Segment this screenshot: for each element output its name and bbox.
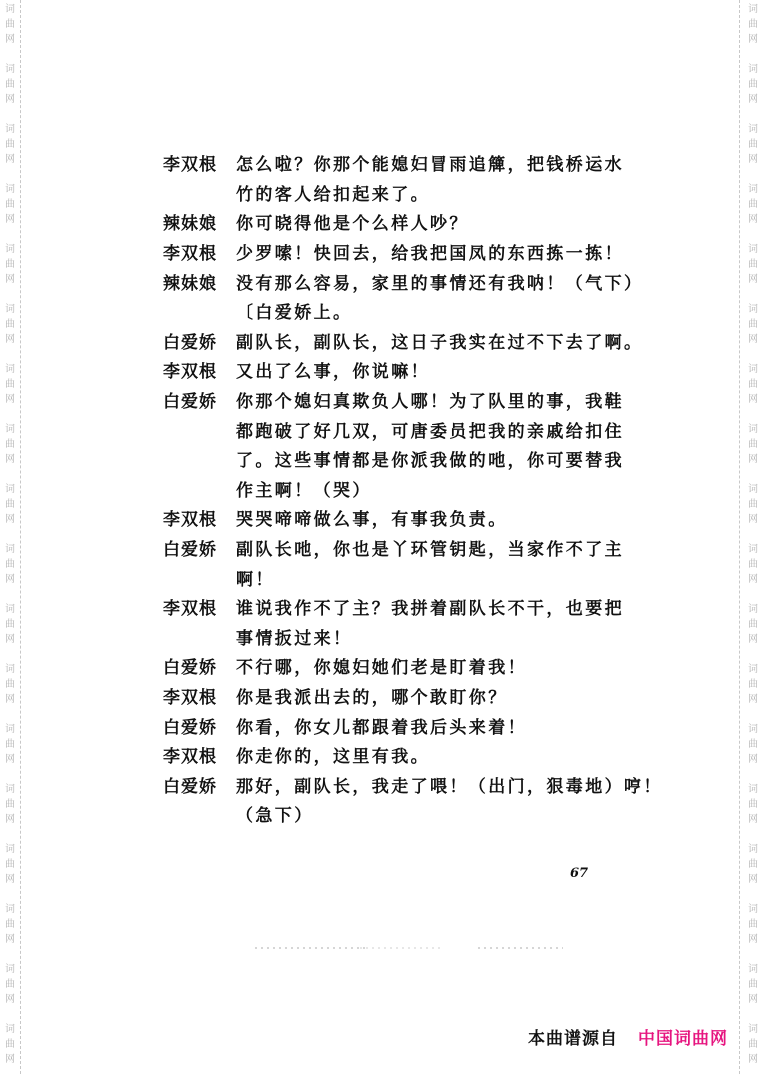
watermark-char: 网 <box>5 272 15 287</box>
watermark-char: 词 <box>5 422 15 437</box>
watermark-char: 网 <box>5 392 15 407</box>
watermark-char: 网 <box>748 332 758 347</box>
watermark-char: 曲 <box>748 737 758 752</box>
dialogue-line: 白爱娇你那个媳妇真欺负人哪！为了队里的事，我鞋 <box>163 385 613 415</box>
watermark-group: 词曲网 <box>0 482 20 527</box>
watermark-char: 曲 <box>5 17 15 32</box>
dialogue-line: 啊！ <box>163 562 613 592</box>
dialogue-text: 作主啊！（哭） <box>236 476 613 501</box>
watermark-char: 词 <box>5 2 15 17</box>
speaker-name: 李双根 <box>163 505 236 530</box>
watermark-char: 网 <box>5 932 15 947</box>
dialogue-line: 作主啊！（哭） <box>163 474 613 504</box>
watermark-char: 词 <box>5 1022 15 1037</box>
watermark-char: 曲 <box>5 797 15 812</box>
watermark-char: 词 <box>5 902 15 917</box>
dialogue-line: 白爱娇那好，副队长，我走了喂！（出门，狠毒地）哼！ <box>163 769 613 799</box>
watermark-column-left: 词曲网词曲网词曲网词曲网词曲网词曲网词曲网词曲网词曲网词曲网词曲网词曲网词曲网词… <box>0 0 21 1074</box>
dialogue-line: 李双根你是我派出去的，哪个敢盯你？ <box>163 681 613 711</box>
watermark-char: 词 <box>5 722 15 737</box>
watermark-group: 词曲网 <box>743 422 760 467</box>
watermark-char: 词 <box>5 962 15 977</box>
watermark-char: 网 <box>5 572 15 587</box>
watermark-char: 词 <box>5 242 15 257</box>
watermark-char: 词 <box>748 422 758 437</box>
scan-artifact <box>360 947 440 949</box>
watermark-char: 网 <box>5 872 15 887</box>
watermark-char: 网 <box>748 32 758 47</box>
watermark-char: 曲 <box>748 377 758 392</box>
watermark-char: 词 <box>748 482 758 497</box>
watermark-char: 网 <box>5 452 15 467</box>
dialogue-text: 你是我派出去的，哪个敢盯你？ <box>236 683 613 708</box>
dialogue-line: 李双根少罗嗦！快回去，给我把国凤的东西拣一拣！ <box>163 237 613 267</box>
watermark-char: 词 <box>748 722 758 737</box>
dialogue-line: 白爱娇你看，你女儿都跟着我后头来着！ <box>163 710 613 740</box>
watermark-char: 曲 <box>748 677 758 692</box>
watermark-char: 曲 <box>748 617 758 632</box>
watermark-char: 曲 <box>748 317 758 332</box>
watermark-char: 词 <box>748 662 758 677</box>
dialogue-text: 副队长，副队长，这日子我实在过不下去了啊。 <box>236 328 643 353</box>
watermark-char: 词 <box>748 602 758 617</box>
dialogue-text: 那好，副队长，我走了喂！（出门，狠毒地）哼！ <box>236 772 663 797</box>
watermark-group: 词曲网 <box>743 362 760 407</box>
watermark-char: 曲 <box>5 197 15 212</box>
watermark-column-right: 词曲网词曲网词曲网词曲网词曲网词曲网词曲网词曲网词曲网词曲网词曲网词曲网词曲网词… <box>739 0 760 1074</box>
scan-artifact <box>478 947 563 949</box>
dialogue-line: 辣妹娘没有那么容易，家里的事情还有我呐！（气下） <box>163 266 613 296</box>
dialogue-line: 白爱娇副队长，副队长，这日子我实在过不下去了啊。 <box>163 326 613 356</box>
watermark-char: 网 <box>5 632 15 647</box>
dialogue-line: 李双根你走你的，这里有我。 <box>163 740 613 770</box>
watermark-char: 词 <box>748 242 758 257</box>
watermark-group: 词曲网 <box>743 962 760 1007</box>
watermark-char: 网 <box>748 392 758 407</box>
dialogue-line: 〔白爱娇上。 <box>163 296 613 326</box>
dialogue-line: 了。这些事情都是你派我做的吔，你可要替我 <box>163 444 613 474</box>
watermark-char: 网 <box>5 1052 15 1067</box>
watermark-char: 词 <box>748 362 758 377</box>
watermark-char: 网 <box>748 992 758 1007</box>
watermark-group: 词曲网 <box>0 782 20 827</box>
watermark-group: 词曲网 <box>743 542 760 587</box>
watermark-char: 曲 <box>748 257 758 272</box>
watermark-group: 词曲网 <box>743 662 760 707</box>
watermark-char: 网 <box>5 992 15 1007</box>
speaker-name: 李双根 <box>163 357 236 382</box>
watermark-group: 词曲网 <box>0 62 20 107</box>
watermark-char: 曲 <box>748 797 758 812</box>
dialogue-text: 都跑破了好几双，可唐委员把我的亲戚给扣住 <box>236 417 624 442</box>
dialogue-text: 不行哪，你媳妇她们老是盯着我！ <box>236 653 613 678</box>
dialogue-text: 怎么啦？你那个能媳妇冒雨追簰，把钱桥运水 <box>236 150 624 175</box>
dialogue-line: 竹的客人给扣起来了。 <box>163 178 613 208</box>
speaker-name: 白爱娇 <box>163 772 236 797</box>
watermark-char: 网 <box>748 512 758 527</box>
watermark-group: 词曲网 <box>0 242 20 287</box>
watermark-group: 词曲网 <box>0 842 20 887</box>
dialogue-line: 李双根哭哭啼啼做么事，有事我负责。 <box>163 503 613 533</box>
watermark-group: 词曲网 <box>743 242 760 287</box>
speaker-name: 白爱娇 <box>163 387 236 412</box>
watermark-group: 词曲网 <box>743 302 760 347</box>
watermark-char: 词 <box>5 662 15 677</box>
watermark-char: 网 <box>748 1052 758 1067</box>
watermark-char: 曲 <box>5 857 15 872</box>
dialogue-text: 哭哭啼啼做么事，有事我负责。 <box>236 505 613 530</box>
dialogue-line: 李双根又出了么事，你说嘛！ <box>163 355 613 385</box>
dialogue-text: 没有那么容易，家里的事情还有我呐！（气下） <box>236 269 643 294</box>
watermark-char: 曲 <box>5 377 15 392</box>
speaker-name: 李双根 <box>163 239 236 264</box>
watermark-char: 网 <box>5 212 15 227</box>
watermark-group: 词曲网 <box>0 902 20 947</box>
speaker-name: 白爱娇 <box>163 328 236 353</box>
watermark-group: 词曲网 <box>743 842 760 887</box>
watermark-char: 曲 <box>5 677 15 692</box>
watermark-char: 曲 <box>748 77 758 92</box>
dialogue-line: 李双根谁说我作不了主？我拼着副队长不干，也要把 <box>163 592 613 622</box>
watermark-char: 词 <box>5 542 15 557</box>
dialogue-text: 你可晓得他是个么样人吵？ <box>236 209 613 234</box>
dialogue-text: 你走你的，这里有我。 <box>236 742 613 767</box>
watermark-char: 网 <box>748 152 758 167</box>
watermark-char: 曲 <box>748 977 758 992</box>
speaker-name: 李双根 <box>163 150 236 175</box>
watermark-group: 词曲网 <box>0 302 20 347</box>
watermark-char: 词 <box>5 182 15 197</box>
watermark-char: 曲 <box>748 17 758 32</box>
watermark-char: 词 <box>748 962 758 977</box>
watermark-char: 曲 <box>748 1037 758 1052</box>
watermark-group: 词曲网 <box>0 422 20 467</box>
watermark-group: 词曲网 <box>0 662 20 707</box>
dialogue-line: 事情扳过来！ <box>163 622 613 652</box>
dialogue-line: 李双根怎么啦？你那个能媳妇冒雨追簰，把钱桥运水 <box>163 148 613 178</box>
watermark-group: 词曲网 <box>743 182 760 227</box>
dialogue-text: 事情扳过来！ <box>236 624 613 649</box>
watermark-char: 曲 <box>748 437 758 452</box>
watermark-char: 网 <box>748 272 758 287</box>
watermark-group: 词曲网 <box>743 2 760 47</box>
dialogue-text: 少罗嗦！快回去，给我把国凤的东西拣一拣！ <box>236 239 624 264</box>
site-name-link[interactable]: 中国词曲网 <box>638 1029 728 1049</box>
watermark-group: 词曲网 <box>0 542 20 587</box>
watermark-char: 曲 <box>748 137 758 152</box>
watermark-char: 词 <box>748 842 758 857</box>
watermark-char: 词 <box>5 782 15 797</box>
speaker-name: 白爱娇 <box>163 535 236 560</box>
dialogue-line: 辣妹娘你可晓得他是个么样人吵？ <box>163 207 613 237</box>
watermark-char: 网 <box>748 872 758 887</box>
watermark-char: 词 <box>5 122 15 137</box>
watermark-char: 网 <box>5 752 15 767</box>
watermark-char: 网 <box>5 512 15 527</box>
watermark-group: 词曲网 <box>743 62 760 107</box>
watermark-group: 词曲网 <box>0 602 20 647</box>
watermark-char: 词 <box>748 62 758 77</box>
watermark-char: 网 <box>748 572 758 587</box>
dialogue-line: 都跑破了好几双，可唐委员把我的亲戚给扣住 <box>163 414 613 444</box>
watermark-char: 词 <box>5 842 15 857</box>
dialogue-text: 啊！ <box>236 565 613 590</box>
watermark-char: 曲 <box>5 77 15 92</box>
watermark-char: 网 <box>748 932 758 947</box>
watermark-char: 网 <box>5 812 15 827</box>
watermark-char: 曲 <box>748 497 758 512</box>
source-footer: 本曲谱源自中国词曲网 <box>528 1024 728 1049</box>
watermark-group: 词曲网 <box>743 902 760 947</box>
watermark-char: 词 <box>748 542 758 557</box>
watermark-group: 词曲网 <box>743 482 760 527</box>
dialogue-text: 你看，你女儿都跟着我后头来着！ <box>236 713 613 738</box>
watermark-char: 网 <box>5 332 15 347</box>
speaker-name: 李双根 <box>163 594 236 619</box>
watermark-group: 词曲网 <box>743 122 760 167</box>
watermark-char: 曲 <box>748 917 758 932</box>
watermark-char: 曲 <box>5 557 15 572</box>
watermark-group: 词曲网 <box>743 722 760 767</box>
watermark-char: 网 <box>748 812 758 827</box>
watermark-char: 曲 <box>5 917 15 932</box>
dialogue-text: 副队长吔，你也是丫环管钥匙，当家作不了主 <box>236 535 624 560</box>
watermark-group: 词曲网 <box>0 362 20 407</box>
speaker-name: 李双根 <box>163 742 236 767</box>
dialogue-text: 又出了么事，你说嘛！ <box>236 357 613 382</box>
scan-artifact <box>255 947 365 949</box>
watermark-char: 曲 <box>5 617 15 632</box>
watermark-char: 网 <box>5 92 15 107</box>
watermark-char: 词 <box>748 302 758 317</box>
watermark-char: 曲 <box>748 857 758 872</box>
watermark-group: 词曲网 <box>743 1022 760 1067</box>
watermark-char: 曲 <box>748 197 758 212</box>
watermark-char: 网 <box>5 692 15 707</box>
dialogue-text: 你那个媳妇真欺负人哪！为了队里的事，我鞋 <box>236 387 624 412</box>
watermark-char: 曲 <box>5 1037 15 1052</box>
dialogue-text: 了。这些事情都是你派我做的吔，你可要替我 <box>236 446 624 471</box>
watermark-char: 网 <box>748 632 758 647</box>
watermark-char: 网 <box>748 692 758 707</box>
watermark-char: 曲 <box>748 557 758 572</box>
dialogue-line: 白爱娇副队长吔，你也是丫环管钥匙，当家作不了主 <box>163 533 613 563</box>
watermark-char: 网 <box>748 752 758 767</box>
watermark-char: 曲 <box>5 977 15 992</box>
watermark-char: 网 <box>748 212 758 227</box>
script-body: 李双根怎么啦？你那个能媳妇冒雨追簰，把钱桥运水竹的客人给扣起来了。辣妹娘你可晓得… <box>163 148 613 829</box>
watermark-char: 词 <box>748 182 758 197</box>
watermark-group: 词曲网 <box>0 722 20 767</box>
watermark-group: 词曲网 <box>0 2 20 47</box>
dialogue-text: 竹的客人给扣起来了。 <box>236 180 613 205</box>
watermark-char: 网 <box>748 452 758 467</box>
watermark-group: 词曲网 <box>0 1022 20 1067</box>
watermark-char: 曲 <box>5 317 15 332</box>
watermark-group: 词曲网 <box>743 602 760 647</box>
source-label: 本曲谱源自 <box>528 1029 618 1049</box>
dialogue-line: 白爱娇不行哪，你媳妇她们老是盯着我！ <box>163 651 613 681</box>
watermark-char: 曲 <box>5 137 15 152</box>
speaker-name: 辣妹娘 <box>163 269 236 294</box>
watermark-group: 词曲网 <box>0 962 20 1007</box>
watermark-char: 曲 <box>5 737 15 752</box>
watermark-char: 词 <box>748 1022 758 1037</box>
watermark-char: 词 <box>5 302 15 317</box>
watermark-char: 词 <box>748 2 758 17</box>
watermark-char: 词 <box>748 782 758 797</box>
speaker-name: 辣妹娘 <box>163 209 236 234</box>
watermark-char: 词 <box>748 122 758 137</box>
watermark-char: 曲 <box>5 497 15 512</box>
watermark-char: 词 <box>5 362 15 377</box>
dialogue-text: 谁说我作不了主？我拼着副队长不干，也要把 <box>236 594 624 619</box>
watermark-group: 词曲网 <box>743 782 760 827</box>
watermark-group: 词曲网 <box>0 122 20 167</box>
speaker-name: 白爱娇 <box>163 653 236 678</box>
watermark-group: 词曲网 <box>0 182 20 227</box>
speaker-name: 白爱娇 <box>163 713 236 738</box>
watermark-char: 词 <box>5 602 15 617</box>
watermark-char: 词 <box>5 62 15 77</box>
watermark-char: 网 <box>5 32 15 47</box>
page-number: 67 <box>570 866 588 881</box>
watermark-char: 网 <box>5 152 15 167</box>
watermark-char: 曲 <box>5 257 15 272</box>
watermark-char: 曲 <box>5 437 15 452</box>
watermark-char: 词 <box>5 482 15 497</box>
watermark-char: 网 <box>748 92 758 107</box>
dialogue-text: （急下） <box>236 801 613 826</box>
dialogue-text: 〔白爱娇上。 <box>236 298 613 323</box>
dialogue-line: （急下） <box>163 799 613 829</box>
speaker-name: 李双根 <box>163 683 236 708</box>
watermark-char: 词 <box>748 902 758 917</box>
